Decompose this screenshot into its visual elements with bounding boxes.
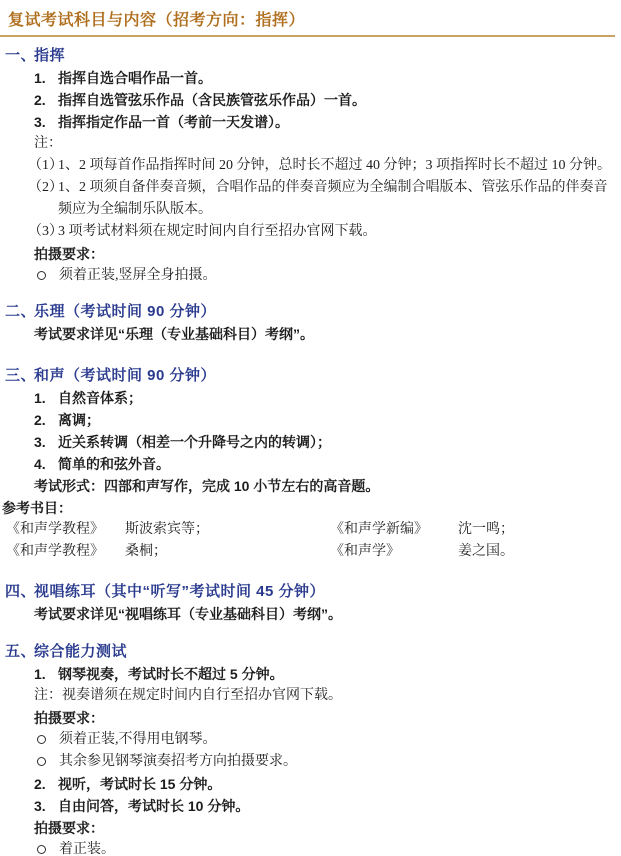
section-number: 三、 <box>5 365 34 387</box>
note-number: （1） <box>28 155 58 177</box>
item-number: 2. <box>34 773 58 795</box>
section-number: 一、 <box>5 45 34 67</box>
section-number: 二、 <box>5 301 34 323</box>
item-number: 3. <box>34 795 58 817</box>
list-item: 2. 离调； <box>0 409 615 431</box>
section-harmony: 三、 和声（考试时间 90 分钟） 1. 自然音体系； 2. 离调； 3. 近关… <box>0 365 615 563</box>
note-number: （2） <box>28 177 58 221</box>
page-title: 复试考试科目与内容（招考方向：指挥） <box>0 4 615 34</box>
bullet-text: 须着正装,竖屏全身拍摄。 <box>59 265 217 287</box>
bullet-item: 须着正装,竖屏全身拍摄。 <box>0 265 615 287</box>
exam-format-line: 考试形式：四部和声写作，完成 10 小节左右的高音题。 <box>0 475 615 497</box>
section-number: 五、 <box>5 641 34 663</box>
section-heading: 三、 和声（考试时间 90 分钟） <box>0 365 615 387</box>
book-title: 《和声学教程》 <box>6 541 125 563</box>
list-item: 3. 自由问答，考试时长 10 分钟。 <box>0 795 615 817</box>
section-heading: 二、 乐理（考试时间 90 分钟） <box>0 301 615 323</box>
bullet-text: 须着正装,不得用电钢琴。 <box>59 729 217 751</box>
book-title: 《和声学》 <box>330 541 458 563</box>
note-text: 3 项考试材料须在规定时间内自行至招办官网下载。 <box>58 221 615 243</box>
circle-bullet-icon <box>37 845 46 854</box>
item-text: 视听，考试时长 15 分钟。 <box>58 773 221 795</box>
list-item: 4. 简单的和弦外音。 <box>0 453 615 475</box>
section-heading: 五、 综合能力测试 <box>0 641 615 663</box>
section-title: 指挥 <box>34 45 65 67</box>
list-item: 1. 自然音体系； <box>0 387 615 409</box>
list-item: 2. 指挥自选管弦乐作品（含民族管弦乐作品）一首。 <box>0 89 615 111</box>
note-number: （3） <box>28 221 58 243</box>
item-text: 自然音体系； <box>58 387 142 409</box>
item-text: 钢琴视奏，考试时长不超过 5 分钟。 <box>58 663 284 685</box>
section-music-theory: 二、 乐理（考试时间 90 分钟） 考试要求详见“乐理（专业基础科目）考纲”。 <box>0 301 615 345</box>
item-text: 简单的和弦外音。 <box>58 453 170 475</box>
list-item: 3. 近关系转调（相差一个升降号之内的转调）； <box>0 431 615 453</box>
circle-bullet-icon <box>37 735 46 744</box>
item-number: 2. <box>34 89 58 111</box>
list-item: 3. 指挥指定作品一首（考前一天发谱）。 <box>0 111 615 133</box>
note-item: （1） 1、2 项每首作品指挥时间 20 分钟，总时长不超过 40 分钟；3 项… <box>0 155 615 177</box>
note-item: （3） 3 项考试材料须在规定时间内自行至招办官网下载。 <box>0 221 615 243</box>
item-text: 自由问答，考试时长 10 分钟。 <box>58 795 249 817</box>
section-sight-singing: 四、 视唱练耳（其中“听写”考试时间 45 分钟） 考试要求详见“视唱练耳（专业… <box>0 581 615 625</box>
book-title: 《和声学新编》 <box>330 519 458 541</box>
section-conducting: 一、 指挥 1. 指挥自选合唱作品一首。 2. 指挥自选管弦乐作品（含民族管弦乐… <box>0 45 615 287</box>
section-title: 和声（考试时间 90 分钟） <box>34 365 216 387</box>
shooting-requirements-label: 拍摄要求： <box>0 707 615 729</box>
circle-bullet-icon <box>37 757 46 766</box>
title-divider <box>0 35 615 37</box>
circle-bullet-icon <box>37 271 46 280</box>
item-number: 3. <box>34 431 58 453</box>
section-heading: 一、 指挥 <box>0 45 615 67</box>
reference-books-label: 参考书目： <box>0 497 615 519</box>
note-label: 注： <box>0 133 615 155</box>
list-item: 2. 视听，考试时长 15 分钟。 <box>0 773 615 795</box>
item-text: 指挥自选合唱作品一首。 <box>58 67 212 89</box>
book-author: 桑桐； <box>125 541 330 563</box>
shooting-requirements-label: 拍摄要求： <box>0 243 615 265</box>
book-author: 沈一鸣； <box>458 519 615 541</box>
list-item: 1. 指挥自选合唱作品一首。 <box>0 67 615 89</box>
reference-books-table: 《和声学教程》 斯波索宾等； 《和声学新编》 沈一鸣； 《和声学教程》 桑桐； … <box>0 519 615 563</box>
item-text: 离调； <box>58 409 100 431</box>
note-text: 1、2 项须自备伴奏音频，合唱作品的伴奏音频应为全编制合唱版本、管弦乐作品的伴奏… <box>58 177 615 221</box>
document-page: { "title": "复试考试科目与内容（招考方向：指挥）", "colors… <box>0 0 621 856</box>
section-title: 视唱练耳（其中“听写”考试时间 45 分钟） <box>34 581 325 603</box>
section-body: 考试要求详见“乐理（专业基础科目）考纲”。 <box>0 323 615 345</box>
note-item: 注：视奏谱须在规定时间内自行至招办官网下载。 <box>0 685 615 707</box>
note-item: （2） 1、2 项须自备伴奏音频，合唱作品的伴奏音频应为全编制合唱版本、管弦乐作… <box>0 177 615 221</box>
book-title: 《和声学教程》 <box>6 519 125 541</box>
list-item: 1. 钢琴视奏，考试时长不超过 5 分钟。 <box>0 663 615 685</box>
item-number: 1. <box>34 387 58 409</box>
shooting-requirements-label: 拍摄要求： <box>0 817 615 839</box>
item-number: 1. <box>34 663 58 685</box>
section-body: 考试要求详见“视唱练耳（专业基础科目）考纲”。 <box>0 603 615 625</box>
item-text: 指挥指定作品一首（考前一天发谱）。 <box>58 111 289 133</box>
item-number: 4. <box>34 453 58 475</box>
bullet-text: 着正装。 <box>59 839 115 856</box>
section-title: 综合能力测试 <box>34 641 127 663</box>
item-text: 近关系转调（相差一个升降号之内的转调）； <box>58 431 331 453</box>
item-number: 2. <box>34 409 58 431</box>
bullet-item: 着正装。 <box>0 839 615 856</box>
bullet-text: 其余参见钢琴演奏招考方向拍摄要求。 <box>59 751 297 773</box>
item-text: 指挥自选管弦乐作品（含民族管弦乐作品）一首。 <box>58 89 366 111</box>
book-author: 斯波索宾等； <box>125 519 330 541</box>
book-author: 姜之国。 <box>458 541 615 563</box>
section-comprehensive-test: 五、 综合能力测试 1. 钢琴视奏，考试时长不超过 5 分钟。 注：视奏谱须在规… <box>0 641 615 856</box>
item-number: 1. <box>34 67 58 89</box>
section-heading: 四、 视唱练耳（其中“听写”考试时间 45 分钟） <box>0 581 615 603</box>
bullet-item: 须着正装,不得用电钢琴。 <box>0 729 615 751</box>
bullet-item: 其余参见钢琴演奏招考方向拍摄要求。 <box>0 751 615 773</box>
note-text: 1、2 项每首作品指挥时间 20 分钟，总时长不超过 40 分钟；3 项指挥时长… <box>58 155 615 177</box>
section-number: 四、 <box>5 581 34 603</box>
item-number: 3. <box>34 111 58 133</box>
section-title: 乐理（考试时间 90 分钟） <box>34 301 216 323</box>
